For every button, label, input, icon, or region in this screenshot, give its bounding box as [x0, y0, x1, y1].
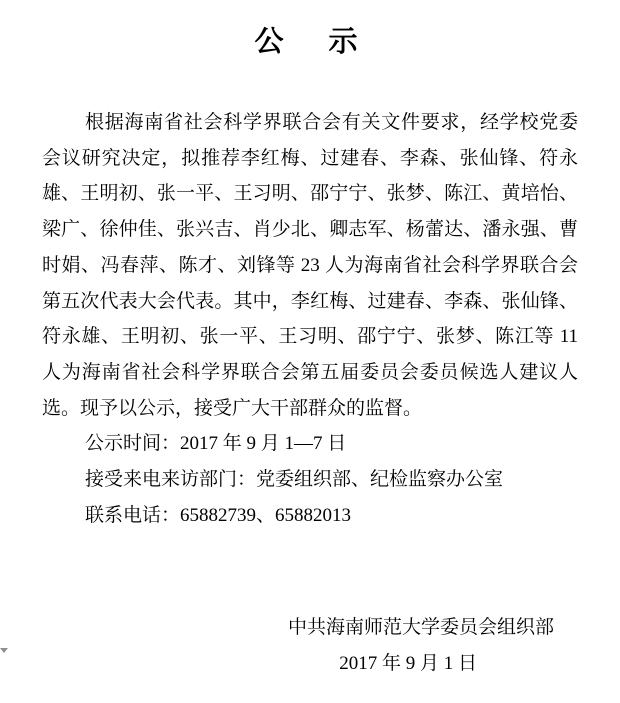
contact-phone-line: 联系电话：65882739、65882013 [42, 498, 578, 534]
contact-department-line: 接受来电来访部门：党委组织部、纪检监察办公室 [42, 462, 578, 498]
publicity-period-line: 公示时间：2017 年 9 月 1—7 日 [42, 426, 578, 462]
signature-date: 2017 年 9 月 1 日 [0, 646, 620, 682]
margin-artifact-icon [0, 648, 8, 653]
public-notice-document: 公 示 根据海南省社会科学界联合会有关文件要求，经学校党委会议研究决定，拟推荐李… [0, 0, 620, 703]
notice-body-paragraph: 根据海南省社会科学界联合会有关文件要求，经学校党委会议研究决定，拟推荐李红梅、过… [42, 105, 578, 426]
issuer-signature: 中共海南师范大学委员会组织部 [0, 610, 620, 646]
page-title: 公 示 [0, 0, 620, 59]
